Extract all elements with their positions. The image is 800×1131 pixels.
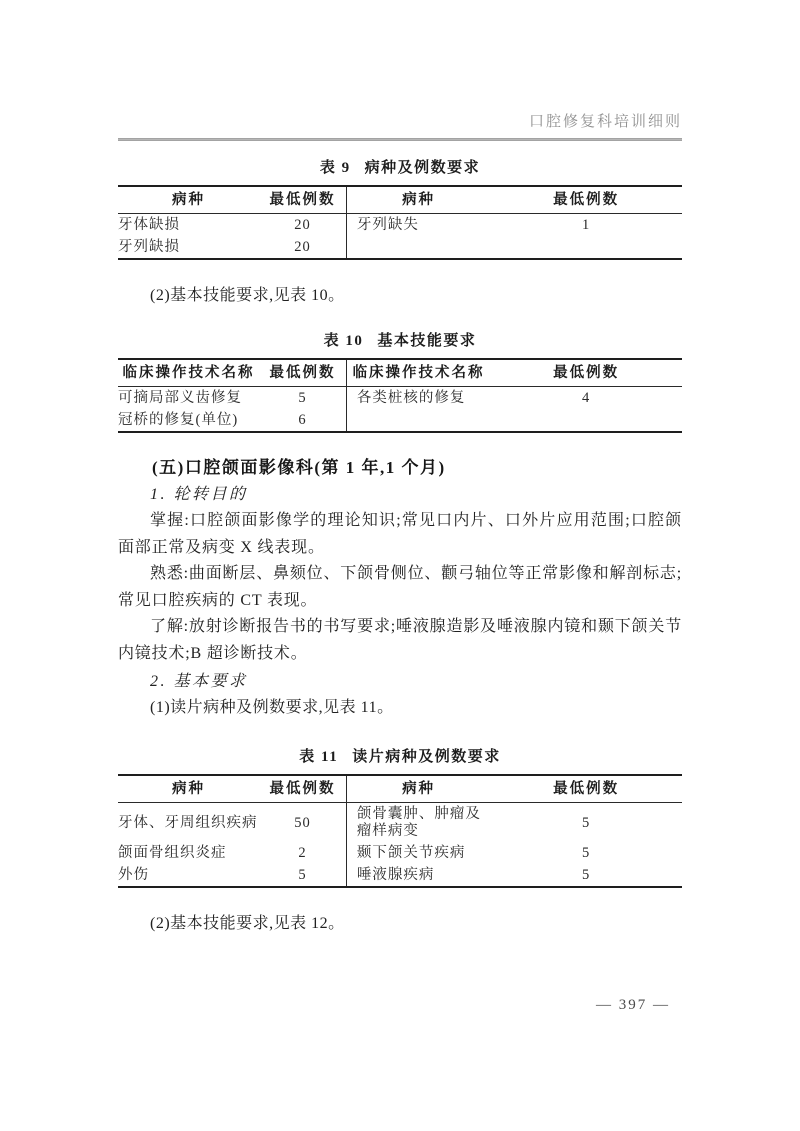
table10-title: 表 10基本技能要求 bbox=[118, 331, 682, 351]
table9-caption: 病种及例数要求 bbox=[365, 160, 481, 176]
page-number: — 397 — bbox=[596, 997, 670, 1013]
page-header: 口腔修复科培训细则 bbox=[118, 112, 682, 141]
table9-label: 表 9 bbox=[320, 160, 351, 176]
table-row: 冠桥的修复(单位) 6 bbox=[118, 409, 682, 432]
table10-block: 表 10基本技能要求 临床操作技术名称 最低例数 临床操作技术名称 最低例数 可… bbox=[118, 331, 682, 433]
table-cell: 1 bbox=[490, 214, 682, 237]
table-row: 牙列缺损 20 bbox=[118, 236, 682, 259]
table-header-row: 临床操作技术名称 最低例数 临床操作技术名称 最低例数 bbox=[118, 359, 682, 387]
table-header-row: 病种 最低例数 病种 最低例数 bbox=[118, 186, 682, 214]
table-cell: 牙体、牙周组织疾病 bbox=[118, 803, 259, 843]
table-header-cell: 临床操作技术名称 bbox=[118, 359, 259, 387]
table-header-cell: 最低例数 bbox=[259, 359, 346, 387]
table9-block: 表 9病种及例数要求 病种 最低例数 病种 最低例数 牙体缺损 20 牙列缺失 … bbox=[118, 158, 682, 260]
table-header-cell: 病种 bbox=[346, 775, 490, 803]
table-header-cell: 最低例数 bbox=[490, 359, 682, 387]
table-cell: 外伤 bbox=[118, 864, 259, 887]
section-heading-imaging: (五)口腔颌面影像科(第 1 年,1 个月) bbox=[118, 456, 682, 480]
table-cell: 颌骨囊肿、肿瘤及瘤样病变 bbox=[346, 803, 490, 843]
page-footer: — 397 — bbox=[118, 997, 682, 1014]
table-header-cell: 病种 bbox=[346, 186, 490, 214]
table-cell bbox=[490, 409, 682, 432]
table-cell: 6 bbox=[259, 409, 346, 432]
read-note-table11: (1)读片病种及例数要求,见表 11。 bbox=[118, 697, 682, 719]
table-10: 临床操作技术名称 最低例数 临床操作技术名称 最低例数 可摘局部义齿修复 5 各… bbox=[118, 358, 682, 433]
table-header-cell: 病种 bbox=[118, 775, 259, 803]
rotation-goal-item: 1. 轮转目的 bbox=[118, 482, 682, 508]
table-11: 病种 最低例数 病种 最低例数 牙体、牙周组织疾病 50 颌骨囊肿、肿瘤及瘤样病… bbox=[118, 774, 682, 888]
table11-title: 表 11读片病种及例数要求 bbox=[118, 747, 682, 767]
table-cell: 牙列缺失 bbox=[346, 214, 490, 237]
table-cell: 50 bbox=[259, 803, 346, 843]
table-header-cell: 最低例数 bbox=[490, 186, 682, 214]
table-cell: 颌面骨组织炎症 bbox=[118, 842, 259, 864]
header-rule bbox=[118, 138, 682, 141]
table-9: 病种 最低例数 病种 最低例数 牙体缺损 20 牙列缺失 1 牙列缺损 20 bbox=[118, 185, 682, 260]
table11-block: 表 11读片病种及例数要求 病种 最低例数 病种 最低例数 牙体、牙周组织疾病 … bbox=[118, 747, 682, 888]
table-row: 牙体、牙周组织疾病 50 颌骨囊肿、肿瘤及瘤样病变 5 bbox=[118, 803, 682, 843]
table-cell: 各类桩核的修复 bbox=[346, 387, 490, 410]
table-cell: 可摘局部义齿修复 bbox=[118, 387, 259, 410]
table11-caption: 读片病种及例数要求 bbox=[352, 749, 501, 765]
table9-title: 表 9病种及例数要求 bbox=[118, 158, 682, 178]
table-cell: 5 bbox=[259, 864, 346, 887]
paragraph-master: 掌握:口腔颌面影像学的理论知识;常见口内片、口外片应用范围;口腔颌面部正常及病变… bbox=[118, 508, 682, 561]
document-page: 口腔修复科培训细则 表 9病种及例数要求 病种 最低例数 病种 最低例数 牙体缺… bbox=[118, 0, 682, 1014]
table10-caption: 基本技能要求 bbox=[377, 333, 476, 349]
table10-label: 表 10 bbox=[324, 333, 364, 349]
table-header-cell: 病种 bbox=[118, 186, 259, 214]
skill-note-table12: (2)基本技能要求,见表 12。 bbox=[118, 913, 682, 935]
table-cell: 20 bbox=[259, 236, 346, 259]
table-cell: 牙体缺损 bbox=[118, 214, 259, 237]
paragraph-understand: 了解:放射诊断报告书的书写要求;唾液腺造影及唾液腺内镜和颞下颌关节内镜技术;B … bbox=[118, 614, 682, 667]
table-cell bbox=[346, 236, 490, 259]
table-cell: 5 bbox=[259, 387, 346, 410]
table-row: 颌面骨组织炎症 2 颞下颌关节疾病 5 bbox=[118, 842, 682, 864]
table-cell bbox=[490, 236, 682, 259]
skill-note-table10: (2)基本技能要求,见表 10。 bbox=[118, 285, 682, 307]
basic-requirement-item: 2. 基本要求 bbox=[118, 669, 682, 695]
running-head: 口腔修复科培训细则 bbox=[118, 112, 682, 132]
table-cell bbox=[346, 409, 490, 432]
table-header-cell: 临床操作技术名称 bbox=[346, 359, 490, 387]
paragraph-familiar: 熟悉:曲面断层、鼻颏位、下颌骨侧位、颧弓轴位等正常影像和解剖标志;常见口腔疾病的… bbox=[118, 561, 682, 614]
table-header-cell: 最低例数 bbox=[490, 775, 682, 803]
table-cell: 牙列缺损 bbox=[118, 236, 259, 259]
table-cell: 2 bbox=[259, 842, 346, 864]
table-row: 外伤 5 唾液腺疾病 5 bbox=[118, 864, 682, 887]
table-cell: 5 bbox=[490, 803, 682, 843]
table-row: 牙体缺损 20 牙列缺失 1 bbox=[118, 214, 682, 237]
table11-label: 表 11 bbox=[299, 749, 338, 765]
table-header-cell: 最低例数 bbox=[259, 775, 346, 803]
table-header-cell: 最低例数 bbox=[259, 186, 346, 214]
table-cell: 颞下颌关节疾病 bbox=[346, 842, 490, 864]
table-cell: 5 bbox=[490, 842, 682, 864]
table-cell: 5 bbox=[490, 864, 682, 887]
table-cell: 冠桥的修复(单位) bbox=[118, 409, 259, 432]
table-header-row: 病种 最低例数 病种 最低例数 bbox=[118, 775, 682, 803]
table-cell: 20 bbox=[259, 214, 346, 237]
table-cell: 4 bbox=[490, 387, 682, 410]
table-cell: 唾液腺疾病 bbox=[346, 864, 490, 887]
table-row: 可摘局部义齿修复 5 各类桩核的修复 4 bbox=[118, 387, 682, 410]
